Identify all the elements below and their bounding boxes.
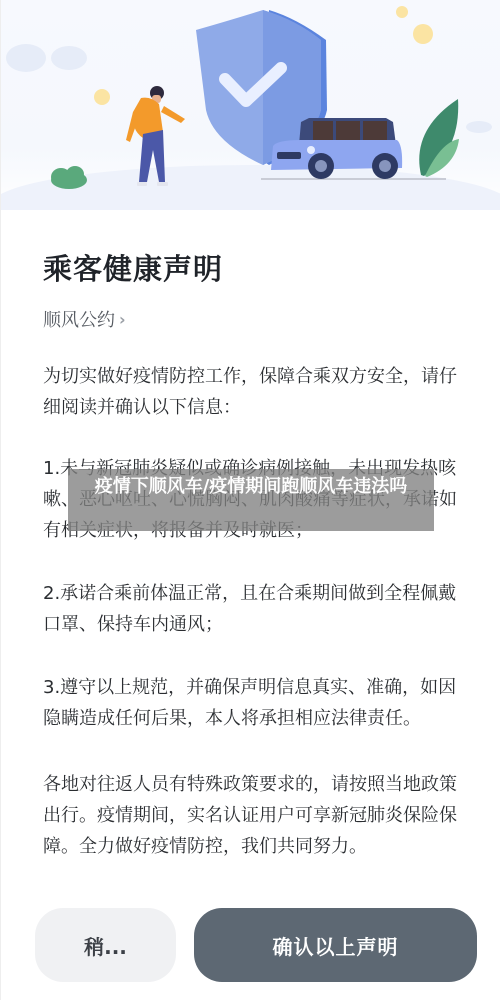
chevron-right-icon: › — [119, 310, 126, 329]
page-title: 乘客健康声明 — [43, 247, 223, 288]
hero-illustration — [1, 0, 500, 210]
bush-icon — [51, 166, 87, 189]
illustration-graphic — [1, 0, 500, 210]
health-declaration-screen: 乘客健康声明 顺风公约 › 为切实做好疫情防控工作，保障合乘双方安全，请仔细阅读… — [0, 0, 500, 1000]
confirm-declaration-button[interactable]: 确认以上声明 — [194, 908, 477, 982]
policy-note: 各地对往返人员有特殊政策要求的，请按照当地政策出行。疫情期间，实名认证用户可享新… — [43, 769, 463, 862]
declaration-item-2: 2.承诺合乘前体温正常，且在合乘期间做到全程佩戴口罩、保持车内通风； — [43, 578, 463, 640]
intro-text: 为切实做好疫情防控工作，保障合乘双方安全，请仔细阅读并确认以下信息： — [43, 361, 463, 423]
sun-icon — [396, 6, 408, 18]
declaration-item-3: 3.遵守以上规范，并确保声明信息真实、准确，如因隐瞒造成任何后果，本人将承担相应… — [43, 672, 463, 734]
plant-icon — [419, 99, 459, 177]
ride-convention-link[interactable]: 顺风公约 › — [43, 306, 126, 332]
caption-overlay: 疫情下顺风车/疫情期间跑顺风车违法吗 — [68, 469, 434, 531]
ride-convention-label: 顺风公约 — [43, 306, 115, 332]
later-button[interactable]: 稍... — [35, 908, 176, 982]
declaration-content: 为切实做好疫情防控工作，保障合乘双方安全，请仔细阅读并确认以下信息： 1.未与新… — [43, 361, 463, 862]
